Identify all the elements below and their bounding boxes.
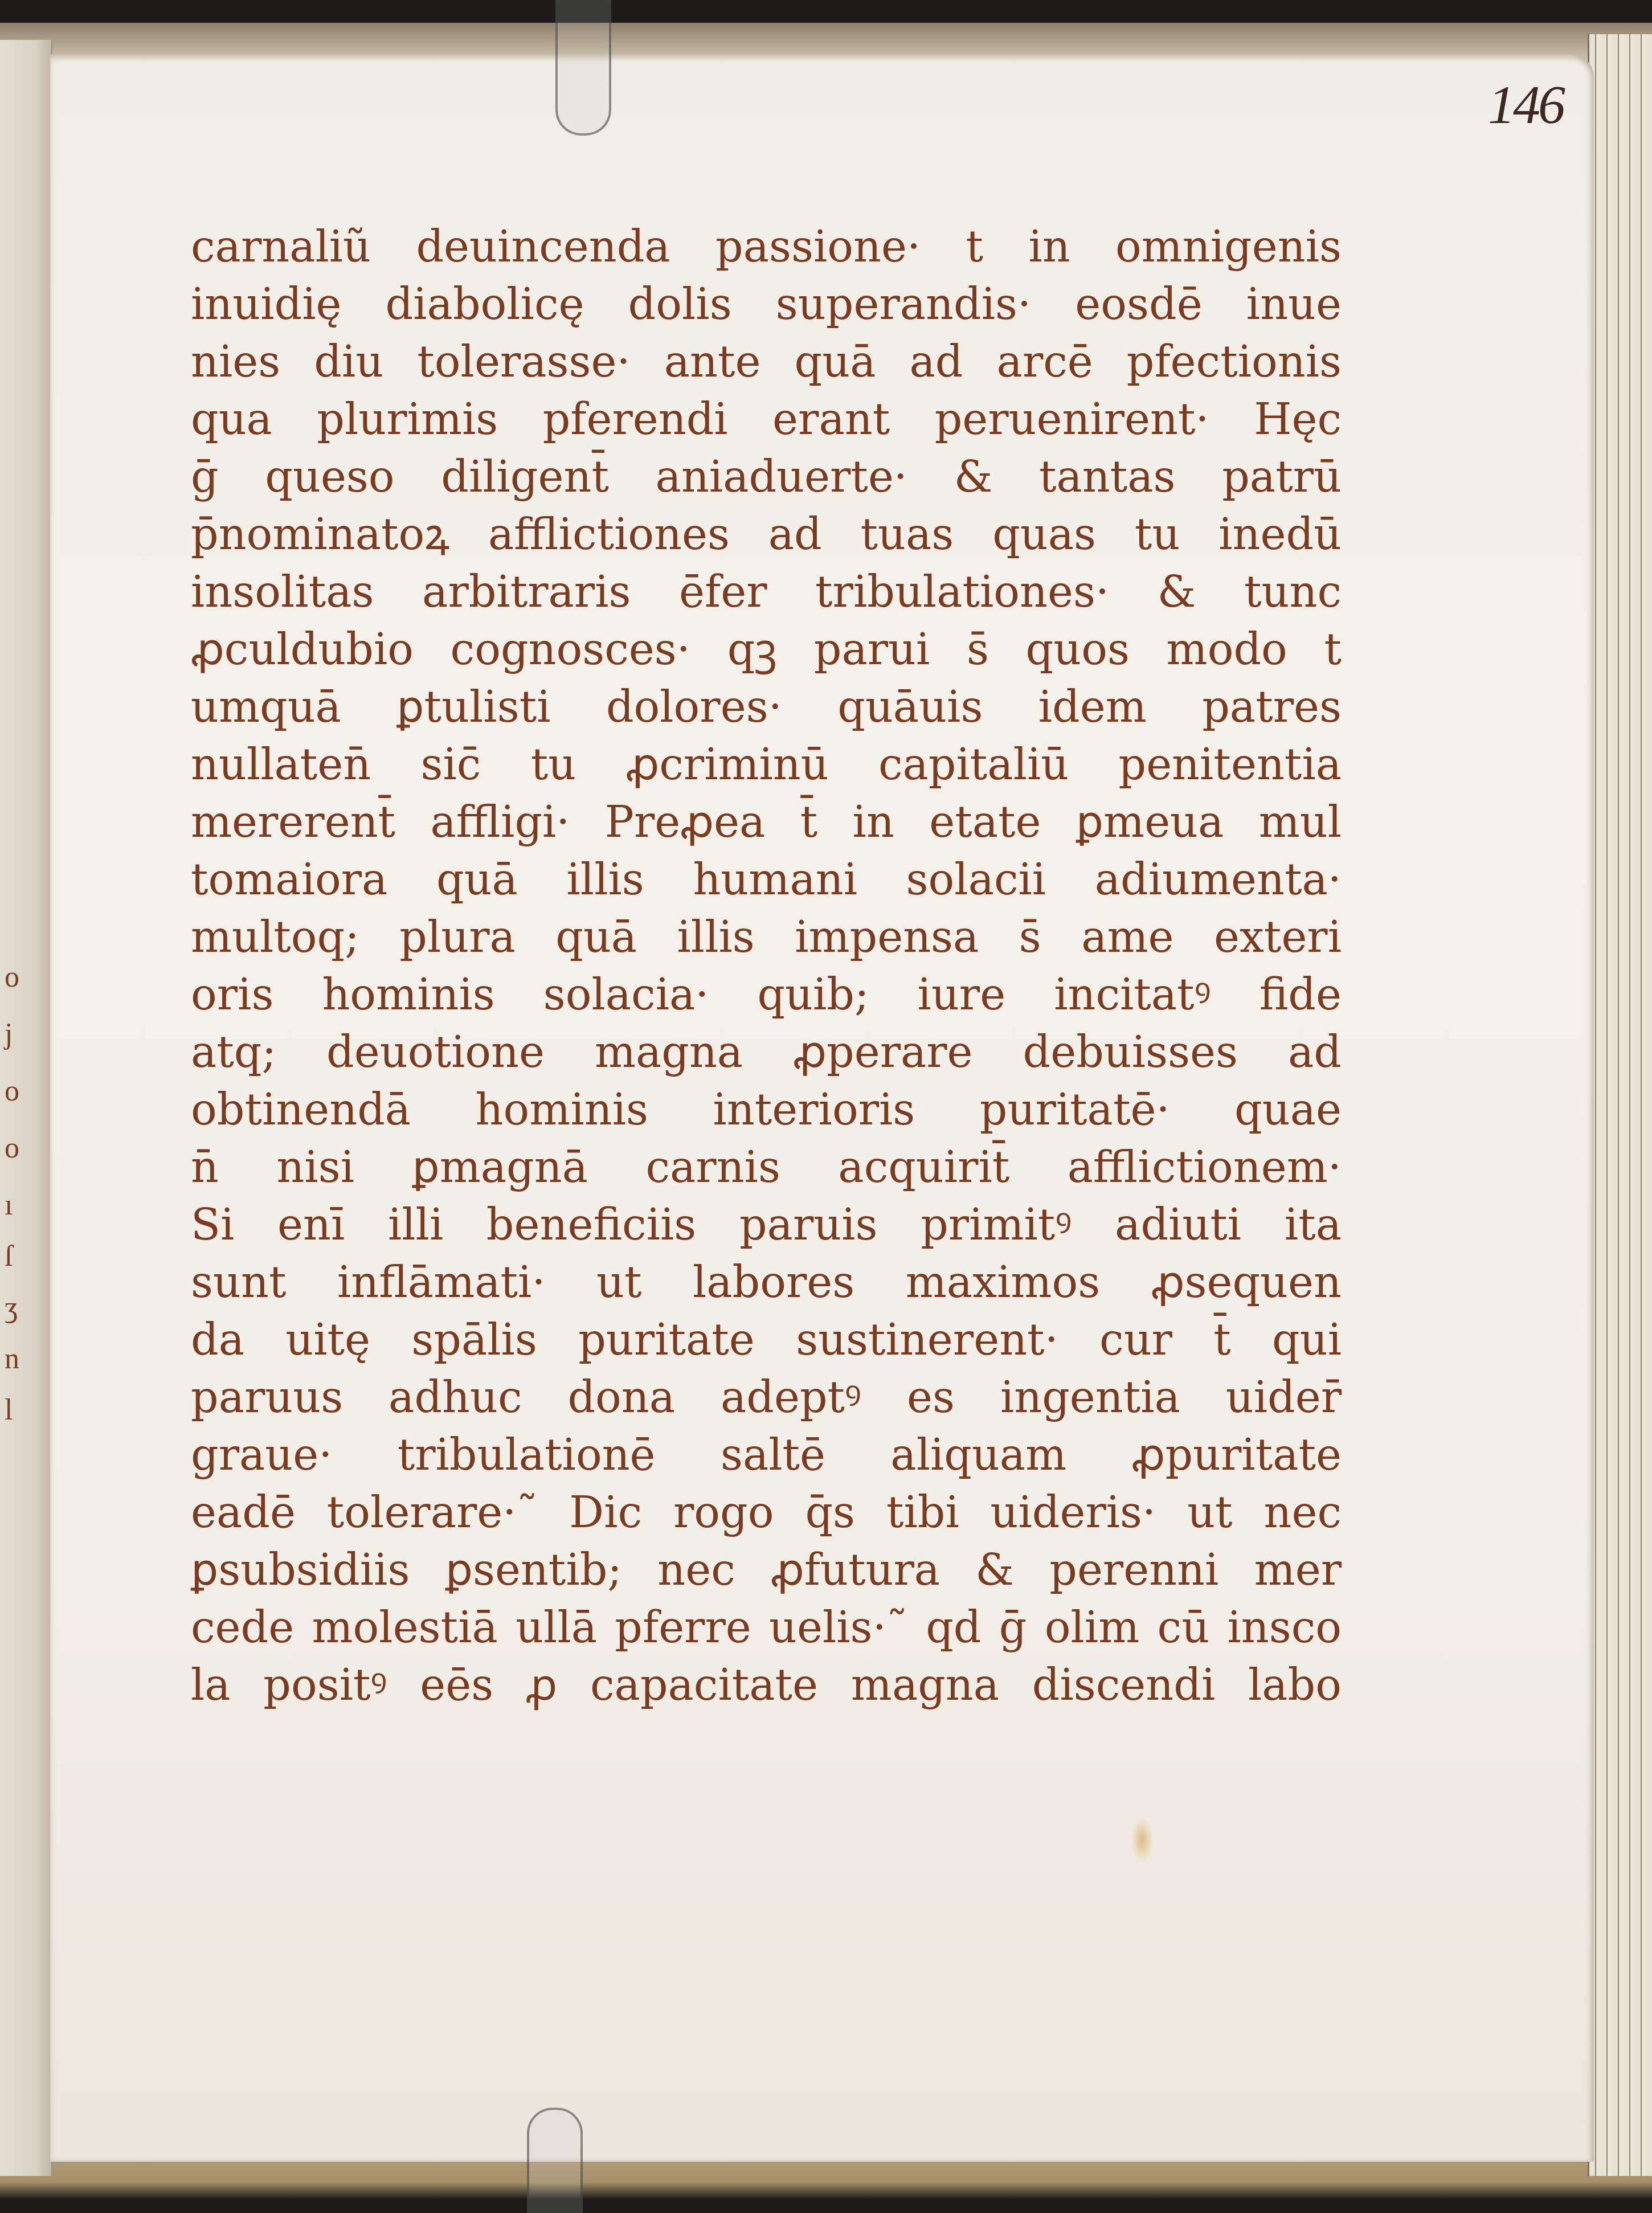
text-line: ꝓculdubio cognosces· qꝫ parui s̄ quos mo… [191,620,1342,678]
folio-number: 146 [1488,73,1563,136]
facing-page-letter: o [5,1077,19,1106]
parchment-stain [1131,1817,1154,1863]
manuscript-text-block: carnaliũ deuincenda passione· t in omnig… [191,218,1342,1713]
text-line: nies diu tolerasse· ante quā ad arcē pfe… [191,333,1342,390]
facing-page-letter: ʒ [5,1293,18,1323]
facing-page-letter: j [5,1020,13,1049]
text-line: inuidię diabolicę dolis superandis· eosd… [191,275,1342,333]
text-line: p̄nominatoꝝ afflictiones ad tuas quas tu… [191,505,1342,563]
facing-page-letter: ſ [5,1242,13,1271]
text-line: graue· tribulationē saltē aliquam ꝓpurit… [191,1426,1342,1483]
facing-page-letter: l [5,1396,13,1425]
facing-page-letter: o [5,1134,19,1163]
top-page-clip [555,0,611,136]
text-line: nullaten̄ sic̄ tu ꝓcriminū capitaliū pen… [191,735,1342,793]
text-line: oris hominis solacia· quib; iure incitat… [191,966,1342,1023]
facing-page-letter: ı [5,1191,13,1220]
facing-page-letter: o [5,963,19,992]
text-line: paruus adhuc dona adeptꝰ es ingentia uid… [191,1368,1342,1426]
text-line: obtinendā hominis interioris puritatē· q… [191,1081,1342,1138]
facing-page-edge: o j o o ı ſ ʒ n l [0,40,52,2176]
book-top-edge [0,0,1652,63]
text-line: ꝑsubsidiis ꝑsentib; nec ꝓfutura & perenn… [191,1541,1342,1598]
text-line: da uitę spālis puritate sustinerent· cur… [191,1311,1342,1368]
text-line: sunt inflāmati· ut labores maximos ꝓsequ… [191,1253,1342,1311]
facing-page-letter: n [5,1344,19,1374]
text-line: insolitas arbitraris ēfer tribulationes·… [191,563,1342,620]
bottom-page-clip [527,2108,583,2213]
text-line: multoq; plura quā illis impensa s̄ ame e… [191,908,1342,966]
text-line: carnaliũ deuincenda passione· t in omnig… [191,218,1342,275]
text-line: n̄ nisi ꝑmagnā carnis acquirit̄ afflicti… [191,1138,1342,1196]
text-line: mererent̄ affligi· Preꝓea t̄ in etate ꝑm… [191,793,1342,850]
text-line: cede molestiā ullā pferre uelis·˜ qd ḡ o… [191,1598,1342,1656]
text-line: Si enī illi beneficiis paruis primitꝰ ad… [191,1196,1342,1253]
text-line: umquā ꝑtulisti dolores· quāuis idem patr… [191,678,1342,735]
text-line: atq; deuotione magna ꝓperare debuisses a… [191,1023,1342,1081]
page-stack-fore-edge [1588,34,1652,2176]
text-line: tomaiora quā illis humani solacii adiume… [191,850,1342,908]
text-line: eadē tolerare·˜ Dic rogo q̄s tibi uideri… [191,1483,1342,1541]
text-line: ḡ queso diligent̄ aniaduerte· & tantas p… [191,448,1342,505]
text-line: qua plurimis pferendi erant peruenirent·… [191,390,1342,448]
text-line: la positꝰ eēs ꝓ capacitate magna discend… [191,1656,1342,1713]
